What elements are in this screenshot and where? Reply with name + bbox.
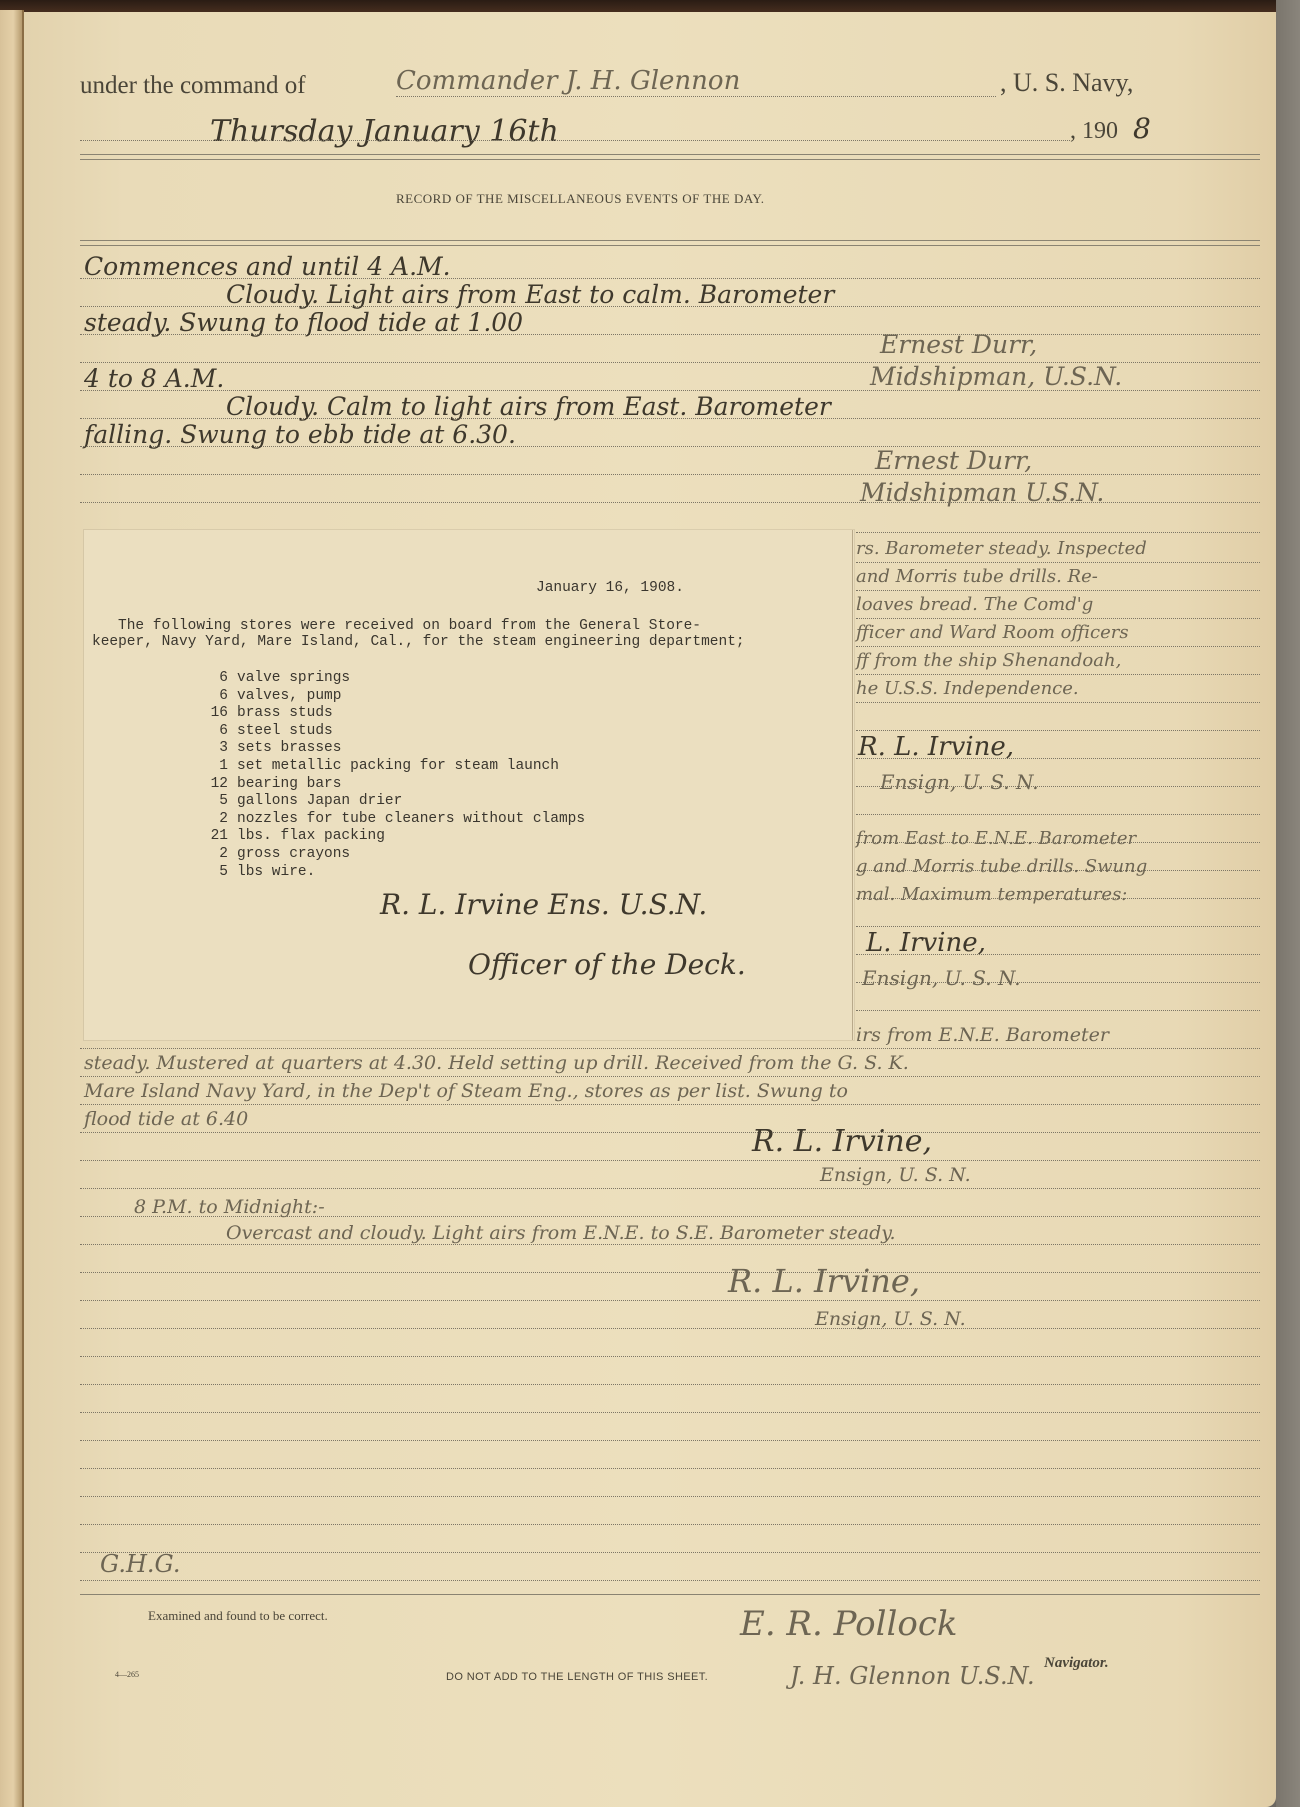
stores-item: 5gallons Japan drier [200,793,585,811]
stores-item: 6valve springs [200,670,585,688]
stores-item: 6valves, pump [200,688,585,706]
forenoon-line-5: ff from the ship Shenandoah, [856,650,1121,671]
log-date: Thursday January 16th [210,114,559,149]
ruled-line [80,1496,1260,1497]
item-desc: valve springs [237,670,350,688]
ruled-line [856,532,1260,533]
ruled-line [80,474,1260,475]
item-desc: nozzles for tube cleaners without clamps [237,811,585,829]
forenoon-line-4: fficer and Ward Room officers [856,622,1129,643]
afternoon-line-2: g and Morris tube drills. Swung [856,856,1147,877]
watch-1-heading: Commences and until 4 A.M. [84,252,451,281]
ruled-line [80,1580,1260,1581]
item-desc: gallons Japan drier [237,793,402,811]
forenoon-line-2: and Morris tube drills. Re- [856,566,1098,587]
item-desc: set metallic packing for steam launch [237,758,559,776]
ruled-line [80,1384,1260,1385]
initials: G.H.G. [100,1550,180,1578]
watch-1-line-2: steady. Swung to flood tide at 1.00 [84,308,523,337]
ruled-line [80,1440,1260,1441]
stores-item: 1set metallic packing for steam launch [200,758,585,776]
length-notice: DO NOT ADD TO THE LENGTH OF THIS SHEET. [446,1671,708,1683]
dog-watch-partial-line: irs from E.N.E. Barometer [856,1024,1109,1046]
year-digit: 8 [1133,112,1151,145]
section-title: RECORD OF THE MISCELLANEOUS EVENTS OF TH… [396,191,765,207]
watch-2-rank: Midshipman U.S.N. [860,478,1104,507]
stores-item: 16brass studs [200,705,585,723]
item-qty: 2 [200,846,228,864]
ruled-line [80,1048,1260,1049]
dog-watch-line-2: Mare Island Navy Yard, in the Dep't of S… [84,1080,848,1102]
first-watch-heading: 8 P.M. to Midnight:- [134,1196,325,1218]
ruled-line [80,1328,1260,1329]
item-qty: 5 [200,864,228,882]
item-desc: sets brasses [237,740,341,758]
item-desc: brass studs [237,705,333,723]
stores-item: 6steel studs [200,723,585,741]
stores-item: 2nozzles for tube cleaners without clamp… [200,811,585,829]
item-desc: steel studs [237,723,333,741]
slip-edge [852,530,863,1040]
ruled-line [856,926,1260,927]
first-watch-rank: Ensign, U. S. N. [815,1308,966,1330]
first-watch-signature: R. L. Irvine, [728,1262,920,1300]
ruled-line [80,1188,1260,1189]
ruled-line [80,1272,1260,1273]
slip-officer-title: Officer of the Deck. [468,948,746,981]
afternoon-signature: L. Irvine, [866,928,986,958]
watch-2-signature: Ernest Durr, [875,446,1032,475]
ruled-line [856,814,1260,815]
ruled-line [856,1010,1260,1011]
ruled-line [80,1412,1260,1413]
ruled-line [80,1300,1260,1301]
ruled-line [80,1356,1260,1357]
ruled-line [856,730,1260,731]
forenoon-line-3: loaves bread. The Comd'g [856,594,1093,615]
commander-name: Commander J. H. Glennon [396,66,740,96]
item-qty: 6 [200,670,228,688]
forenoon-rank: Ensign, U. S. N. [880,770,1039,794]
item-desc: lbs. flax packing [237,828,385,846]
left-page-edge [0,10,24,1807]
afternoon-line-3: mal. Maximum temperatures: [856,884,1127,905]
ruled-line [80,1468,1260,1469]
section-rule [80,240,1260,246]
afternoon-line-1: from East to E.N.E. Barometer [856,828,1136,849]
ruled-line [80,1132,1260,1133]
watch-1-line-1: Cloudy. Light airs from East to calm. Ba… [226,280,834,309]
stores-item: 5lbs wire. [200,864,585,882]
ruled-line [856,590,1260,591]
dog-watch-signature: R. L. Irvine, [752,1124,932,1159]
item-qty: 2 [200,811,228,829]
ruled-line [80,1076,1260,1077]
ruled-line [856,562,1260,563]
item-qty: 12 [200,776,228,794]
dog-watch-line-1: steady. Mustered at quarters at 4.30. He… [84,1052,909,1074]
item-qty: 16 [200,705,228,723]
commander-underline [396,96,996,97]
watch-1-signature: Ernest Durr, [880,330,1037,359]
ruled-line [80,1104,1260,1105]
ruled-line [856,618,1260,619]
stores-item: 12bearing bars [200,776,585,794]
item-qty: 6 [200,688,228,706]
forenoon-signature: R. L. Irvine, [858,732,1014,762]
item-desc: lbs wire. [237,864,315,882]
watch-2-heading: 4 to 8 A.M. [84,364,224,393]
ruled-line [80,1160,1260,1161]
us-navy-label: , U. S. Navy, [1000,68,1133,98]
dog-watch-rank: Ensign, U. S. N. [820,1164,971,1186]
ruled-line [80,1552,1260,1553]
examined-label: Examined and found to be correct. [148,1608,328,1624]
ruled-line [856,646,1260,647]
form-number: 4—265 [115,1670,139,1679]
ruled-line [80,1524,1260,1525]
stores-item: 21lbs. flax packing [200,828,585,846]
afternoon-rank: Ensign, U. S. N. [862,966,1021,990]
command-prefix: under the command of [80,72,306,100]
item-qty: 21 [200,828,228,846]
item-desc: bearing bars [237,776,341,794]
item-qty: 6 [200,723,228,741]
item-desc: gross crayons [237,846,350,864]
header-rule [80,154,1260,160]
ruled-line [856,702,1260,703]
watch-2-line-2: falling. Swung to ebb tide at 6.30. [84,420,516,449]
forenoon-line-6: he U.S.S. Independence. [856,678,1079,699]
ruled-line [80,1244,1260,1245]
slip-date: January 16, 1908. [536,580,684,596]
watch-2-line-1: Cloudy. Calm to light airs from East. Ba… [226,392,831,421]
item-qty: 5 [200,793,228,811]
navigator-label: Navigator. [1044,1655,1109,1672]
stores-item: 2gross crayons [200,846,585,864]
stores-item: 3sets brasses [200,740,585,758]
commander-signature: J. H. Glennon U.S.N. [790,1662,1035,1690]
watch-1-rank: Midshipman, U.S.N. [870,362,1122,391]
year-printed: , 190 [1070,118,1118,145]
item-desc: valves, pump [237,688,341,706]
slip-intro-line-2: keeper, Navy Yard, Mare Island, Cal., fo… [92,634,745,650]
slip-signature: R. L. Irvine Ens. U.S.N. [380,888,707,921]
item-qty: 3 [200,740,228,758]
first-watch-line: Overcast and cloudy. Light airs from E.N… [226,1222,896,1244]
page-shadow [1276,0,1300,1807]
slip-intro-line-1: The following stores were received on bo… [118,618,701,634]
dog-watch-line-3: flood tide at 6.40 [84,1108,248,1130]
ruled-line [856,674,1260,675]
footer-rule [80,1594,1260,1595]
date-underline [80,140,1070,141]
item-qty: 1 [200,758,228,776]
forenoon-line-1: rs. Barometer steady. Inspected [856,538,1147,559]
stores-list: 6valve springs 6valves, pump 16brass stu… [200,670,585,881]
navigator-signature: E. R. Pollock [740,1604,957,1644]
